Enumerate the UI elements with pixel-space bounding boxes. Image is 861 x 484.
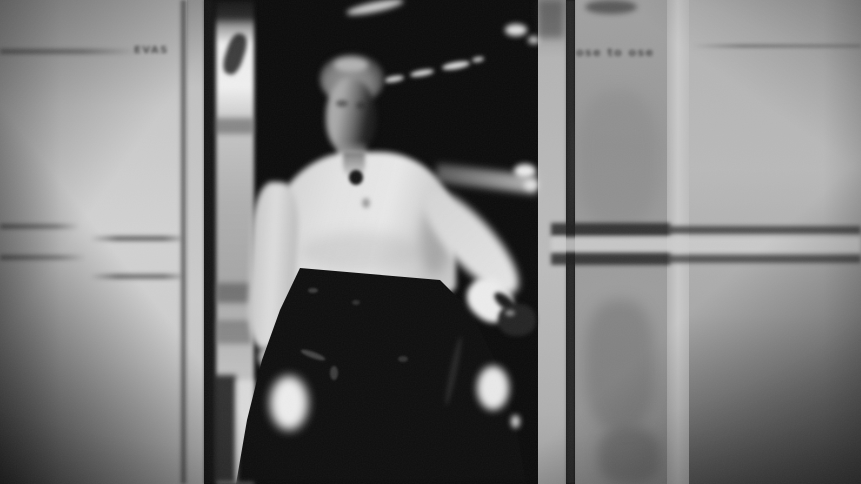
left-stencil-label: EVAS (134, 45, 169, 56)
stile-texture-mottle-2 (585, 300, 655, 430)
interior-back-rail-end-blob-2 (524, 180, 538, 190)
right-panel-groove-top (692, 44, 861, 48)
left-door-edge-face (187, 0, 204, 484)
stile-texture-mottle-1 (578, 90, 658, 230)
door-rail-dark-upper-stile (551, 223, 670, 236)
left-door-groove-mid-4 (90, 274, 182, 279)
woman-blouse-fold-shade (300, 232, 420, 272)
left-door-groove-mid-2 (90, 236, 182, 241)
woman-left-hand (498, 304, 536, 336)
door-rail-dark-lower-stile (551, 253, 670, 265)
left-door-groove-mid-3 (0, 255, 86, 260)
interior-strip-shade-band-3 (216, 320, 252, 344)
interior-white-blob-left-of-skirt (270, 376, 308, 430)
woman-blouse-button (362, 198, 370, 208)
left-door-panel (0, 0, 190, 484)
skirt-speckle-3 (330, 366, 338, 380)
door-rail-light-band (551, 237, 861, 253)
interior-strip-dark-post (212, 375, 236, 483)
left-door-groove-top (0, 49, 138, 54)
interior-white-blob-right-of-skirt (477, 366, 509, 410)
skirt-speckle-1 (308, 288, 318, 293)
right-stile-stencil-text: ose to ose (576, 46, 655, 59)
woman-brooch (349, 170, 363, 185)
skirt-speckle-5 (398, 356, 408, 362)
interior-back-rail-end-blob-1 (514, 164, 536, 178)
left-door-groove-mid-1 (0, 224, 80, 229)
interior-strip-shade-band-1 (214, 118, 254, 134)
woman-eye-shadow-left (336, 100, 348, 107)
woman-left-hand-highlight (505, 310, 515, 316)
archival-photograph: EVAS ose to ose (0, 0, 861, 484)
left-door-stencil-text: EVAS (134, 45, 169, 56)
stile-texture-mottle-3 (598, 428, 660, 484)
door-rail-dark-upper-panel (668, 226, 861, 234)
left-door-edge-line (179, 0, 188, 484)
right-stencil-label: ose to ose (576, 46, 655, 59)
woman-face (326, 78, 376, 154)
stile-top-smudge (585, 0, 637, 14)
skirt-speckle-4 (352, 300, 360, 305)
woman-eye-shadow-right (356, 102, 366, 109)
woman-hair-highlight (334, 58, 368, 72)
interior-white-speck-right (511, 415, 520, 428)
frame-edge-top-smudge (538, 0, 564, 38)
door-rail-dark-lower-panel (668, 255, 861, 263)
interior-light-blob-1 (505, 24, 527, 36)
